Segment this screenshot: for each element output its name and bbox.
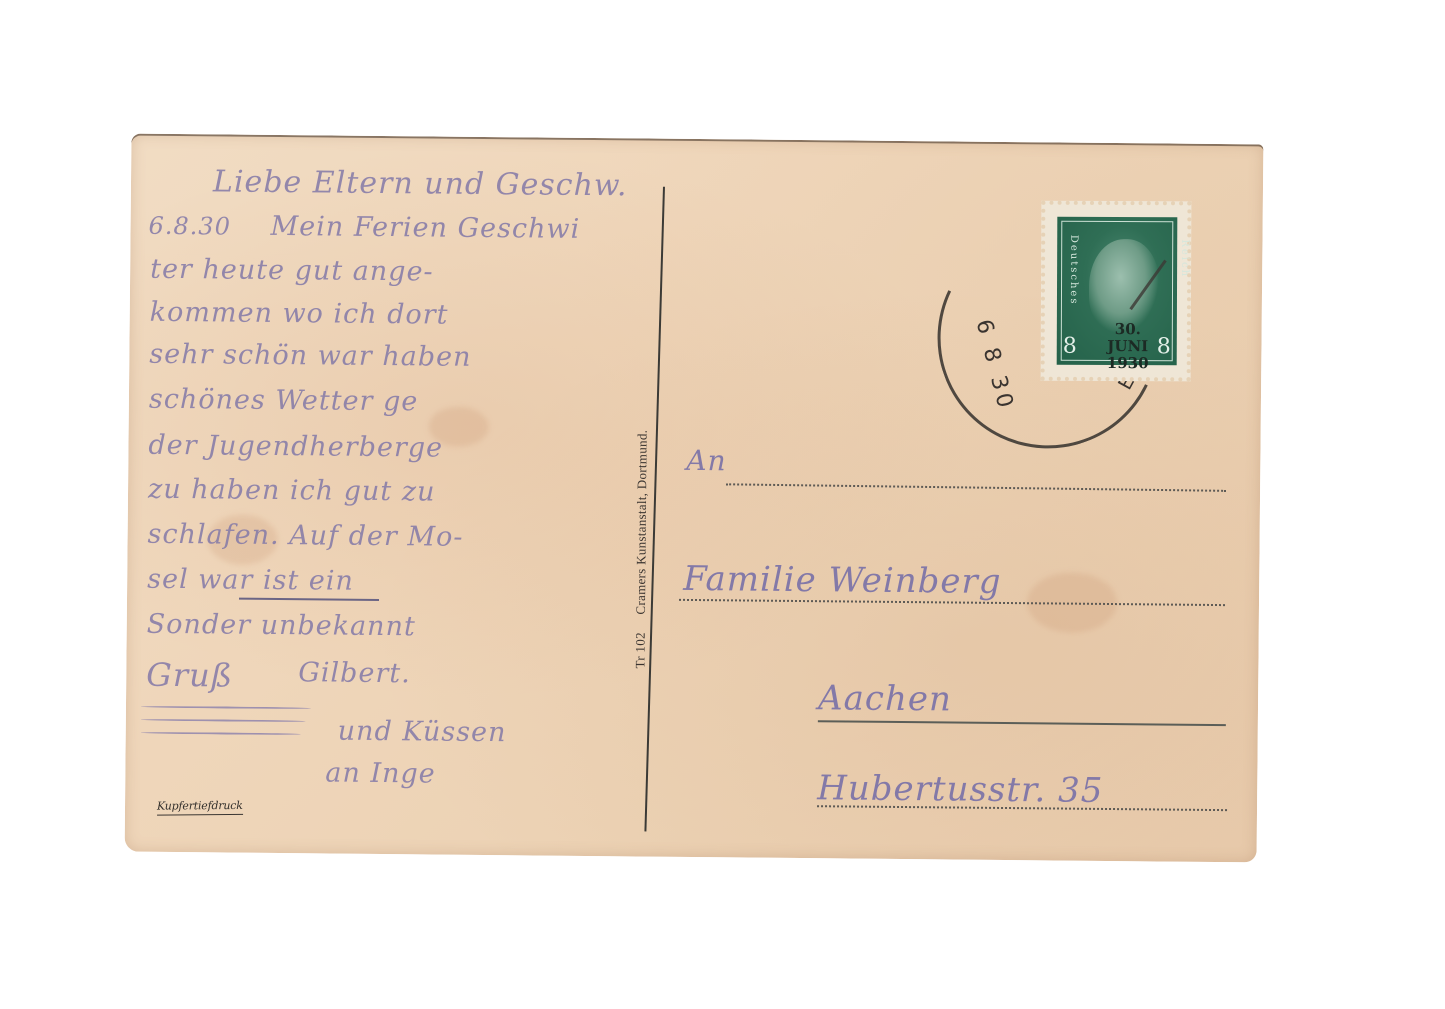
stamp-country-left: Deutsches [1068, 235, 1079, 306]
stamp-country-right: Reich [1179, 239, 1190, 278]
message-line: sehr schön war haben [149, 339, 471, 373]
message-line: ter heute gut ange- [150, 254, 434, 288]
postage-stamp: Deutsches Reich 8 8 30. JUNI 1930 [1041, 201, 1192, 382]
message-area: Liebe Eltern und Geschw. 6.8.30 Mein Fer… [131, 134, 1263, 145]
overprint-year: 1930 [1093, 355, 1163, 372]
publisher-name: Cramers Kunstanstalt, Dortmund. [633, 430, 650, 615]
address-line: Hubertusstr. 35 [817, 768, 1104, 811]
overprint-day: 30. JUNI [1093, 321, 1163, 355]
address-line: An [686, 444, 727, 477]
message-line: der Jugendherberge [148, 430, 443, 464]
message-line: Liebe Eltern und Geschw. [213, 164, 628, 203]
signature: Gilbert. [298, 657, 411, 689]
stamp-value-left: 8 [1063, 334, 1077, 359]
message-line: schlafen. Auf der Mo- [147, 519, 463, 553]
publisher-imprint: Tr 102 Cramers Kunstanstalt, Dortmund. [632, 416, 650, 669]
print-process-mark: Kupfertiefdruck [157, 799, 243, 816]
scribble [141, 732, 301, 736]
address-line: Familie Weinberg [683, 559, 1002, 602]
message-line: an Inge [325, 757, 436, 789]
address-line: Aachen [818, 678, 952, 719]
scribble [141, 706, 311, 710]
scribble [141, 719, 306, 723]
message-line: Sonder unbekannt [147, 609, 416, 643]
message-line: schönes Wetter ge [149, 384, 419, 418]
message-line: Gruß [146, 656, 233, 695]
message-line: sel war ist ein [147, 564, 354, 597]
message-line: kommen wo ich dort [150, 297, 449, 331]
address-rule [726, 483, 1226, 492]
address-area: An Familie Weinberg Aachen Hubertusstr. … [131, 134, 1263, 145]
underline [239, 598, 379, 601]
message-line: Mein Ferien Geschwi [270, 211, 580, 245]
message-line: und Küssen [338, 716, 507, 749]
publisher-code: Tr 102 [632, 632, 647, 669]
message-line: zu haben ich gut zu [148, 474, 436, 508]
stamp-image: Deutsches Reich 8 8 30. JUNI 1930 [1057, 217, 1178, 366]
stamp-overprint: 30. JUNI 1930 [1093, 321, 1163, 372]
message-date: 6.8.30 [148, 212, 231, 241]
postcard: Liebe Eltern und Geschw. 6.8.30 Mein Fer… [125, 134, 1264, 863]
address-rule [818, 720, 1226, 726]
